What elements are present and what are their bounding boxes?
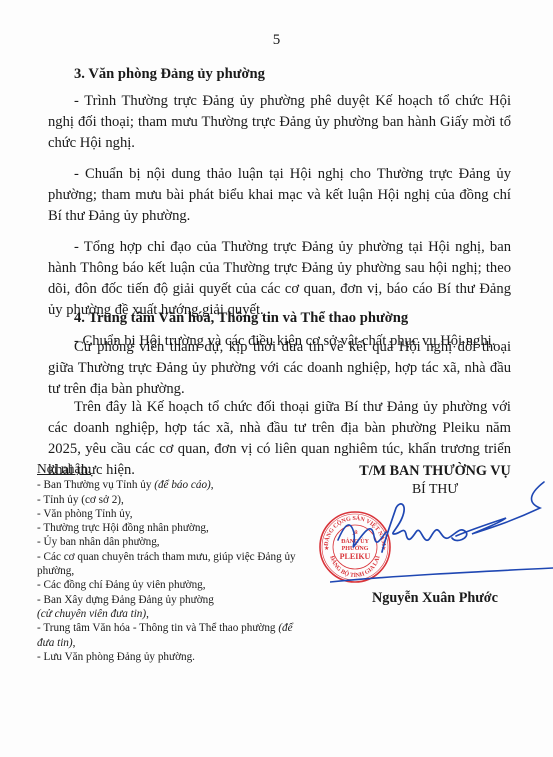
svg-text:★: ★ — [324, 545, 329, 552]
section-heading: 4. Trung tâm Văn hóa, Thông tin và Thể t… — [48, 308, 511, 329]
paragraph: - Trình Thường trực Đảng ủy phường phê d… — [48, 91, 511, 154]
recipient-item: - Trung tâm Văn hóa - Thông tin và Thể t… — [37, 621, 297, 650]
recipient-item: - Ban Thường vụ Tỉnh ủy (để báo cáo), — [37, 478, 297, 492]
section-4: 4. Trung tâm Văn hóa, Thông tin và Thể t… — [48, 308, 511, 400]
paragraph: - Chuẩn bị nội dung thảo luận tại Hội ng… — [48, 164, 511, 227]
section-heading: 3. Văn phòng Đảng ủy phường — [48, 64, 511, 85]
recipient-item: - Lưu Văn phòng Đảng ủy phường. — [37, 650, 297, 664]
recipient-item: - Tỉnh ủy (cơ sở 2), — [37, 493, 297, 507]
recipient-item: - Các đồng chí Đảng ủy viên phường, — [37, 578, 297, 592]
page-number: 5 — [0, 32, 553, 49]
paragraph: Cử phóng viên tham dự, kịp thời đưa tin … — [48, 337, 511, 400]
recipient-item: - Ban Xây dựng Đảng Đảng ủy phường — [37, 593, 297, 607]
signer-name: Nguyễn Xuân Phước — [330, 590, 540, 607]
recipient-item: (cử chuyên viên đưa tin), — [37, 607, 297, 621]
recipient-item: - Các cơ quan chuyên trách tham mưu, giú… — [37, 550, 297, 579]
recipients-title: Nơi nhận: — [37, 462, 297, 476]
recipient-note: (cử chuyên viên đưa tin) — [37, 608, 146, 620]
recipient-note: (để đưa tin) — [37, 622, 293, 648]
recipients: Nơi nhận: - Ban Thường vụ Tỉnh ủy (để bá… — [37, 462, 297, 664]
recipient-note: (để báo cáo) — [154, 479, 211, 491]
handwritten-signature — [330, 478, 553, 593]
document-page: 5 3. Văn phòng Đảng ủy phường - Trình Th… — [0, 0, 553, 757]
recipients-list: - Ban Thường vụ Tỉnh ủy (để báo cáo),- T… — [37, 478, 297, 664]
recipient-item: - Ủy ban nhân dân phường, — [37, 535, 297, 549]
recipient-item: - Văn phòng Tỉnh ủy, — [37, 507, 297, 521]
recipient-item: - Thường trực Hội đồng nhân phường, — [37, 521, 297, 535]
